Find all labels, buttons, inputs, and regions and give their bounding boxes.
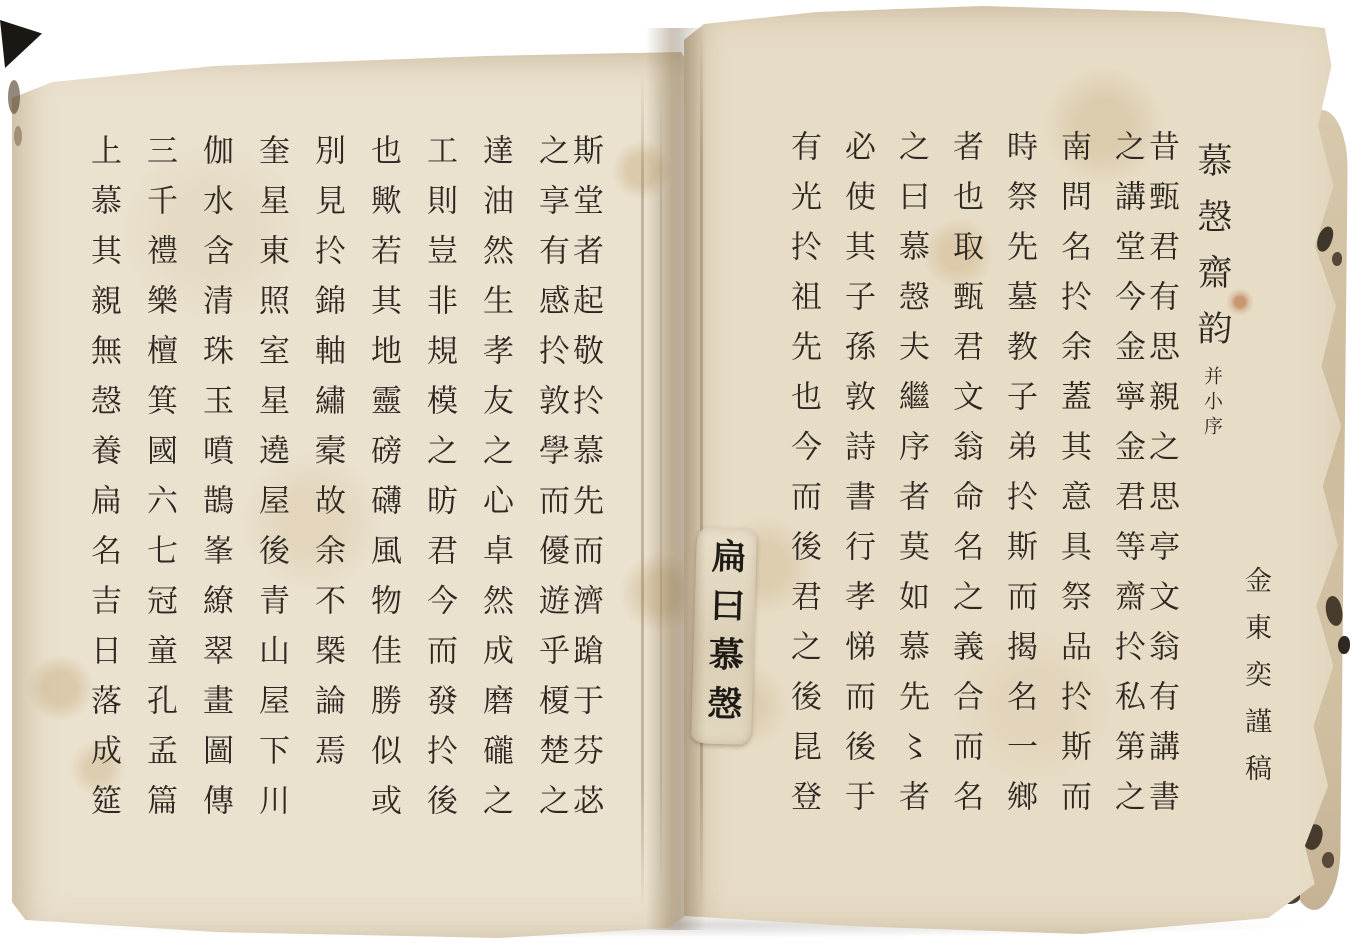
- binding-corner-mark: [0, 20, 42, 68]
- author-signature: 金東奕謹稿: [1240, 566, 1270, 866]
- binding-edge-smudge: [8, 80, 20, 114]
- page-fold-line: [660, 92, 662, 892]
- right-page: 慕愨齋韵并小序 昔甄君有思親之思亭文翁有講書 之講堂今金寧金君等齋扵私第之 南問…: [684, 6, 1348, 936]
- text-column: 有光扵祖先也今而後君之後昆登: [786, 130, 820, 830]
- page-title: 慕愨齋韵: [1192, 142, 1232, 366]
- text-column: 奎星東照室星遶屋後青山屋下川: [254, 134, 288, 834]
- page-fold-line: [700, 30, 703, 910]
- text-column: 三千禮樂檀箕國六七冠童孔孟篇: [142, 134, 176, 834]
- text-column: 伽水含清珠玉噴鵲峯繚翠畫圖傳: [198, 134, 232, 834]
- title-subtitle: 并小序: [1201, 366, 1223, 441]
- text-column: 之享有感扵敦學而優遊乎榎楚之: [534, 134, 568, 834]
- text-column: 之講堂今金寧金君等齋扵私第之: [1110, 130, 1144, 830]
- text-column: 南問名扵余蓋其意具祭品扵斯而: [1056, 130, 1090, 830]
- page-fold-line: [641, 72, 644, 912]
- text-column: 也歟若其地靈磅礴風物佳勝似或: [366, 134, 400, 834]
- text-column: 工則豈非規模之昉君今而發扵後: [422, 134, 456, 834]
- left-page: 斯堂者起敬扵慕先而濟蹌于芬苾 之享有感扵敦學而優遊乎榎楚之 達油然生孝友之心卓然…: [12, 52, 688, 938]
- binding-edge-smudge: [14, 126, 22, 146]
- text-column: 者也取甄君文翁命名之義合而名: [948, 130, 982, 830]
- book-photo: 斯堂者起敬扵慕先而濟蹌于芬苾 之享有感扵敦學而優遊乎榎楚之 達油然生孝友之心卓然…: [0, 0, 1364, 946]
- title-column: 慕愨齋韵并小序: [1192, 142, 1232, 742]
- text-column: 時祭先墓教子弟扵斯而揭名一鄉: [1002, 130, 1036, 830]
- paper-debris: [1322, 852, 1334, 868]
- text-column: 斯堂者起敬扵慕先而濟蹌于芬苾: [568, 134, 602, 834]
- text-column: 之曰慕愨夫繼序者莫如慕先〻者: [894, 130, 928, 830]
- text-column: 必使其子孫敦詩書行孝悌而後于: [840, 130, 874, 830]
- paper-debris: [1332, 252, 1342, 266]
- text-column: 別見扵錦軸繡槖故余不槩論焉: [310, 134, 344, 834]
- right-page-text-block: 昔甄君有思親之思亭文翁有講書 之講堂今金寧金君等齋扵私第之 南問名扵余蓋其意具祭…: [766, 130, 1178, 830]
- slip-text: 扁曰慕愨: [702, 538, 745, 735]
- left-page-text-block: 斯堂者起敬扵慕先而濟蹌于芬苾 之享有感扵敦學而優遊乎榎楚之 達油然生孝友之心卓然…: [64, 134, 602, 834]
- text-column: 達油然生孝友之心卓然成磨礲之: [478, 134, 512, 834]
- paper-debris: [1338, 636, 1350, 654]
- text-column: 上慕其親無愨養扁名吉日落成筵: [86, 134, 120, 834]
- pasted-correction-slip: 扁曰慕愨: [691, 527, 757, 745]
- text-column: 昔甄君有思親之思亭文翁有講書: [1144, 130, 1178, 830]
